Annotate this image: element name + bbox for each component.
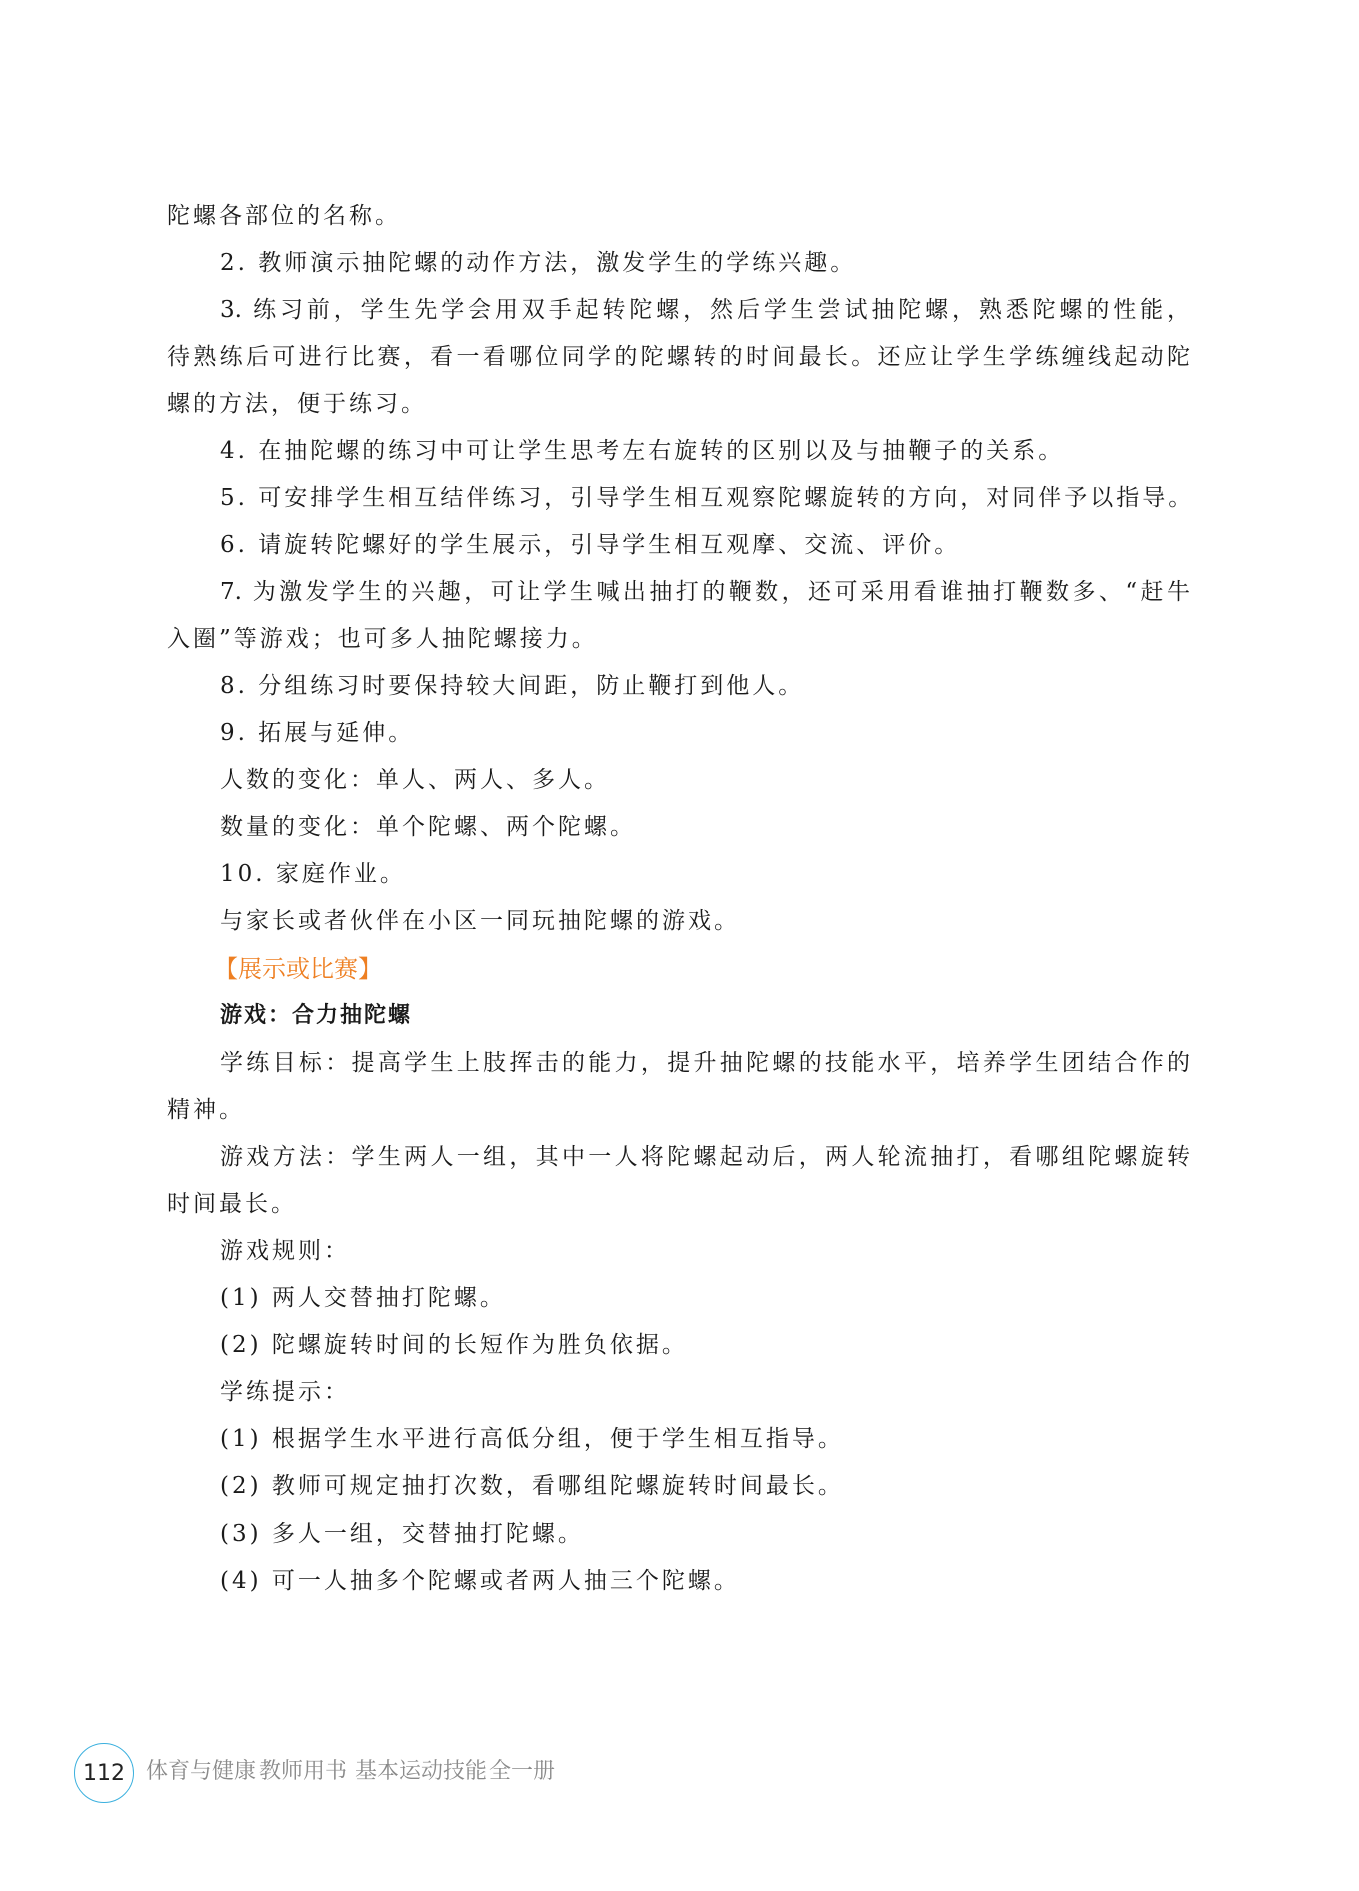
text-line: 螺的方法，便于练习。	[167, 384, 1190, 424]
list-item: 6. 请旋转陀螺好的学生展示，引导学生相互观摩、交流、评价。	[220, 525, 1190, 565]
list-item: 2. 教师演示抽陀螺的动作方法，激发学生的学练兴趣。	[220, 243, 1190, 283]
text-line: 精神。	[167, 1090, 1190, 1130]
list-item: (2) 教师可规定抽打次数，看哪组陀螺旋转时间最长。	[220, 1466, 1190, 1506]
list-item: 9. 拓展与延伸。	[220, 713, 1190, 753]
list-item: 4. 在抽陀螺的练习中可让学生思考左右旋转的区别以及与抽鞭子的关系。	[220, 431, 1190, 471]
list-item: 3. 练习前，学生先学会用双手起转陀螺，然后学生尝试抽陀螺，熟悉陀螺的性能，	[220, 290, 1190, 330]
game-title: 游戏：合力抽陀螺	[220, 996, 1190, 1036]
volume-name: 全一册	[489, 1756, 555, 1788]
text-line: 游戏规则：	[220, 1231, 1190, 1271]
list-item: (4) 可一人抽多个陀螺或者两人抽三个陀螺。	[220, 1561, 1190, 1601]
list-item: 10. 家庭作业。	[220, 854, 1190, 894]
list-item: (1) 根据学生水平进行高低分组，便于学生相互指导。	[220, 1419, 1190, 1459]
list-item: (2) 陀螺旋转时间的长短作为胜负依据。	[220, 1325, 1190, 1365]
book-title: 体育与健康	[146, 1756, 256, 1788]
list-item: 5. 可安排学生相互结伴练习，引导学生相互观察陀螺旋转的方向，对同伴予以指导。	[220, 478, 1190, 518]
text-line: 时间最长。	[167, 1184, 1190, 1224]
page-footer: 112 体育与健康 教师用书 基本运动技能 全一册	[0, 1743, 1359, 1805]
page-number-badge: 112	[74, 1743, 134, 1803]
list-item: 7. 为激发学生的兴趣，可让学生喊出抽打的鞭数，还可采用看谁抽打鞭数多、“赶牛	[220, 572, 1190, 612]
text-line: 人数的变化：单人、两人、多人。	[220, 760, 1190, 800]
list-item: 8. 分组练习时要保持较大间距，防止鞭打到他人。	[220, 666, 1190, 706]
text-line: 学练提示：	[220, 1372, 1190, 1412]
text-line: 数量的变化：单个陀螺、两个陀螺。	[220, 807, 1190, 847]
list-item: (3) 多人一组，交替抽打陀螺。	[220, 1514, 1190, 1554]
text-line: 与家长或者伙伴在小区一同玩抽陀螺的游戏。	[220, 901, 1190, 941]
text-line: 待熟练后可进行比赛，看一看哪位同学的陀螺转的时间最长。还应让学生学练缠线起动陀	[167, 337, 1190, 377]
module-name: 基本运动技能	[355, 1756, 487, 1788]
list-item: (1) 两人交替抽打陀螺。	[220, 1278, 1190, 1318]
text-line: 入圈”等游戏；也可多人抽陀螺接力。	[167, 619, 1190, 659]
text-line: 游戏方法：学生两人一组，其中一人将陀螺起动后，两人轮流抽打，看哪组陀螺旋转	[220, 1137, 1190, 1177]
text-line: 学练目标：提高学生上肢挥击的能力，提升抽陀螺的技能水平，培养学生团结合作的	[220, 1043, 1190, 1083]
book-type: 教师用书	[259, 1756, 347, 1788]
text-line: 陀螺各部位的名称。	[167, 196, 1190, 236]
section-heading: 【展示或比赛】	[214, 949, 1184, 989]
page-number: 112	[83, 1761, 125, 1786]
